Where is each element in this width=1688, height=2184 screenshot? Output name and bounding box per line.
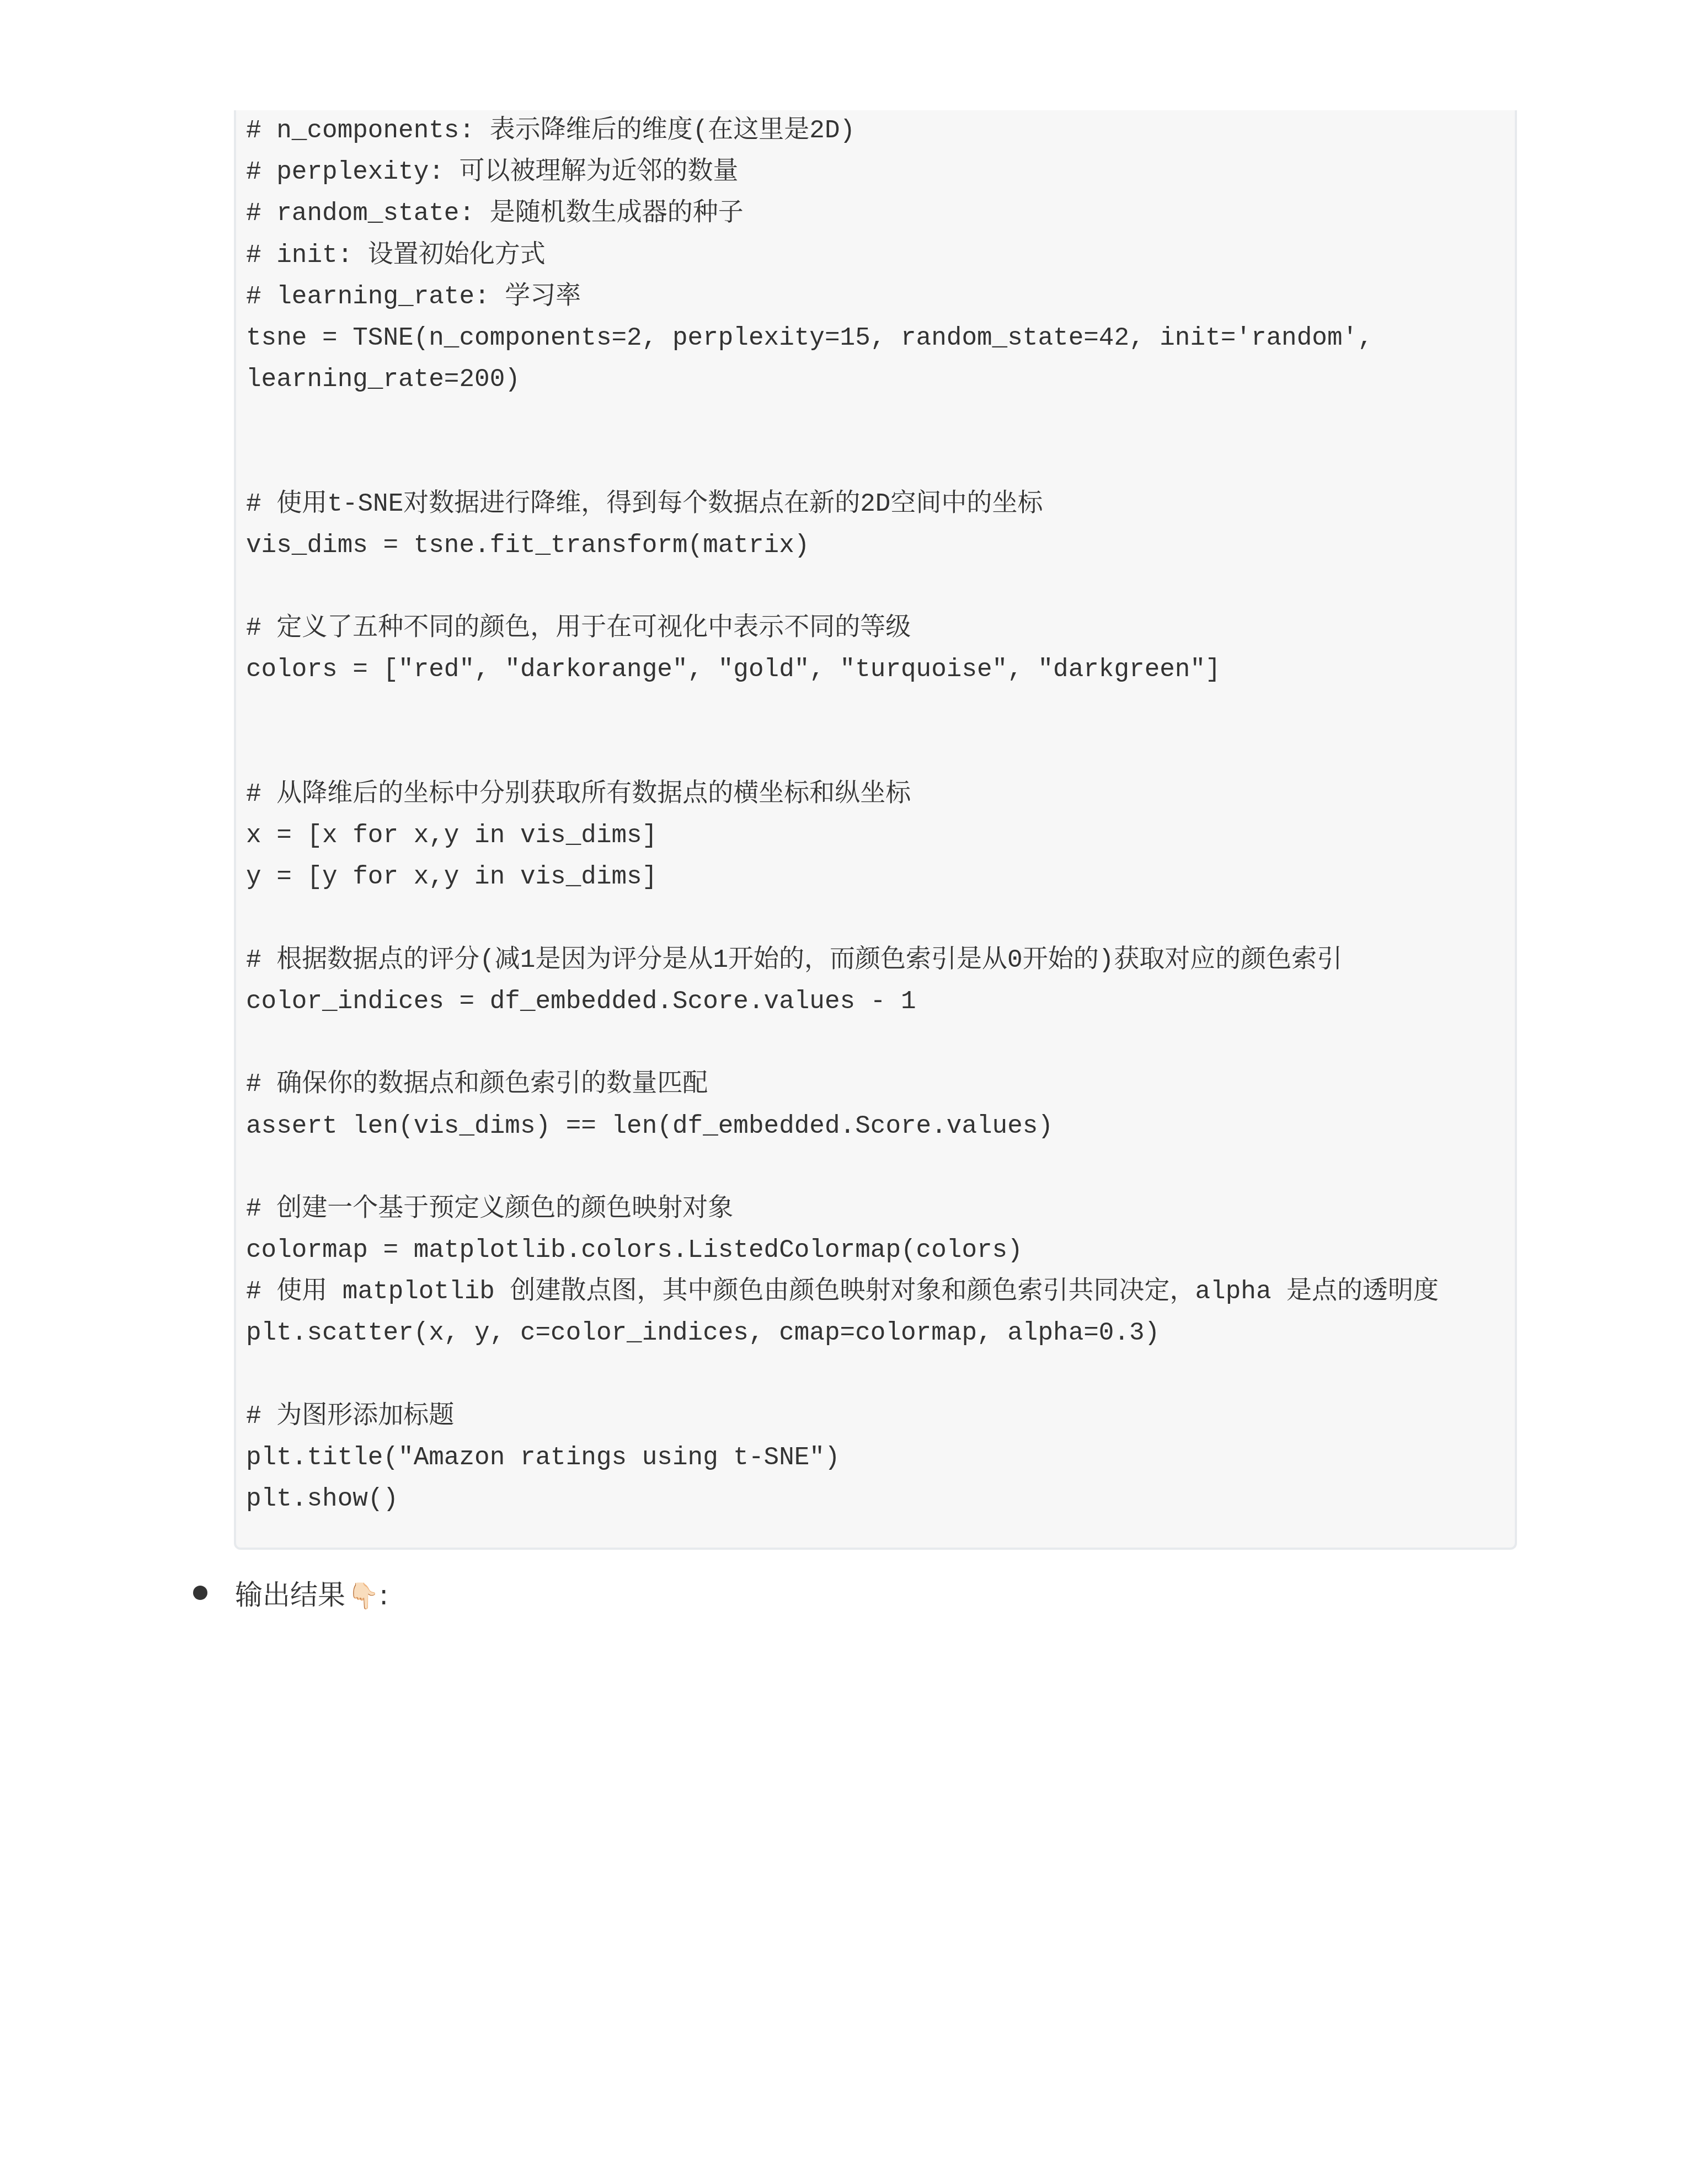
code-line: plt.show()	[246, 1479, 1439, 1520]
code-line	[246, 1147, 1439, 1189]
code-line	[246, 566, 1439, 608]
code-line: vis_dims = tsne.fit_transform(matrix)	[246, 525, 1439, 566]
code-line: colormap = matplotlib.colors.ListedColor…	[246, 1230, 1439, 1271]
code-line: # 使用t-SNE对数据进行降维，得到每个数据点在新的2D空间中的坐标	[246, 484, 1439, 525]
list-item-output-result: 输出结果👇🏻:	[193, 1571, 388, 1615]
code-line: # 创建一个基于预定义颜色的颜色映射对象	[246, 1189, 1439, 1230]
code-line	[246, 1023, 1439, 1064]
code-line: plt.title("Amazon ratings using t-SNE")	[246, 1437, 1439, 1479]
code-line: # 为图形添加标题	[246, 1396, 1439, 1437]
code-line: plt.scatter(x, y, c=color_indices, cmap=…	[246, 1313, 1439, 1354]
code-line: # 从降维后的坐标中分别获取所有数据点的横坐标和纵坐标	[246, 774, 1439, 815]
list-item-suffix: :	[379, 1579, 388, 1611]
pointing-down-hand-icon: 👇🏻	[348, 1581, 379, 1610]
code-line	[246, 400, 1439, 442]
code-line: # 定义了五种不同的颜色，用于在可视化中表示不同的等级	[246, 608, 1439, 649]
code-line: tsne = TSNE(n_components=2, perplexity=1…	[246, 318, 1439, 359]
code-block: # n_components: 表示降维后的维度(在这里是2D)# perple…	[234, 110, 1517, 1550]
code-line	[246, 898, 1439, 940]
code-line	[246, 1355, 1439, 1396]
code-line: # 确保你的数据点和颜色索引的数量匹配	[246, 1064, 1439, 1105]
code-line: # n_components: 表示降维后的维度(在这里是2D)	[246, 110, 1439, 152]
code-line: y = [y for x,y in vis_dims]	[246, 857, 1439, 898]
code-line: # 根据数据点的评分(减1是因为评分是从1开始的，而颜色索引是从0开始的)获取对…	[246, 940, 1439, 981]
code-line	[246, 691, 1439, 732]
code-line: color_indices = df_embedded.Score.values…	[246, 981, 1439, 1023]
code-line: assert len(vis_dims) == len(df_embedded.…	[246, 1106, 1439, 1147]
code-line: learning_rate=200)	[246, 359, 1439, 400]
list-item-text: 输出结果👇🏻:	[235, 1573, 388, 1613]
code-line: x = [x for x,y in vis_dims]	[246, 815, 1439, 857]
code-line: # perplexity: 可以被理解为近邻的数量	[246, 152, 1439, 193]
bullet-icon	[193, 1586, 207, 1600]
code-line: # random_state: 是随机数生成器的种子	[246, 193, 1439, 234]
code-line: # init: 设置初始化方式	[246, 235, 1439, 276]
code-content: # n_components: 表示降维后的维度(在这里是2D)# perple…	[246, 110, 1439, 1520]
code-line: colors = ["red", "darkorange", "gold", "…	[246, 649, 1439, 690]
code-line: # learning_rate: 学习率	[246, 276, 1439, 318]
code-line: # 使用 matplotlib 创建散点图，其中颜色由颜色映射对象和颜色索引共同…	[246, 1271, 1439, 1313]
code-line	[246, 732, 1439, 774]
list-item-label: 输出结果	[235, 1579, 345, 1611]
code-line	[246, 442, 1439, 484]
